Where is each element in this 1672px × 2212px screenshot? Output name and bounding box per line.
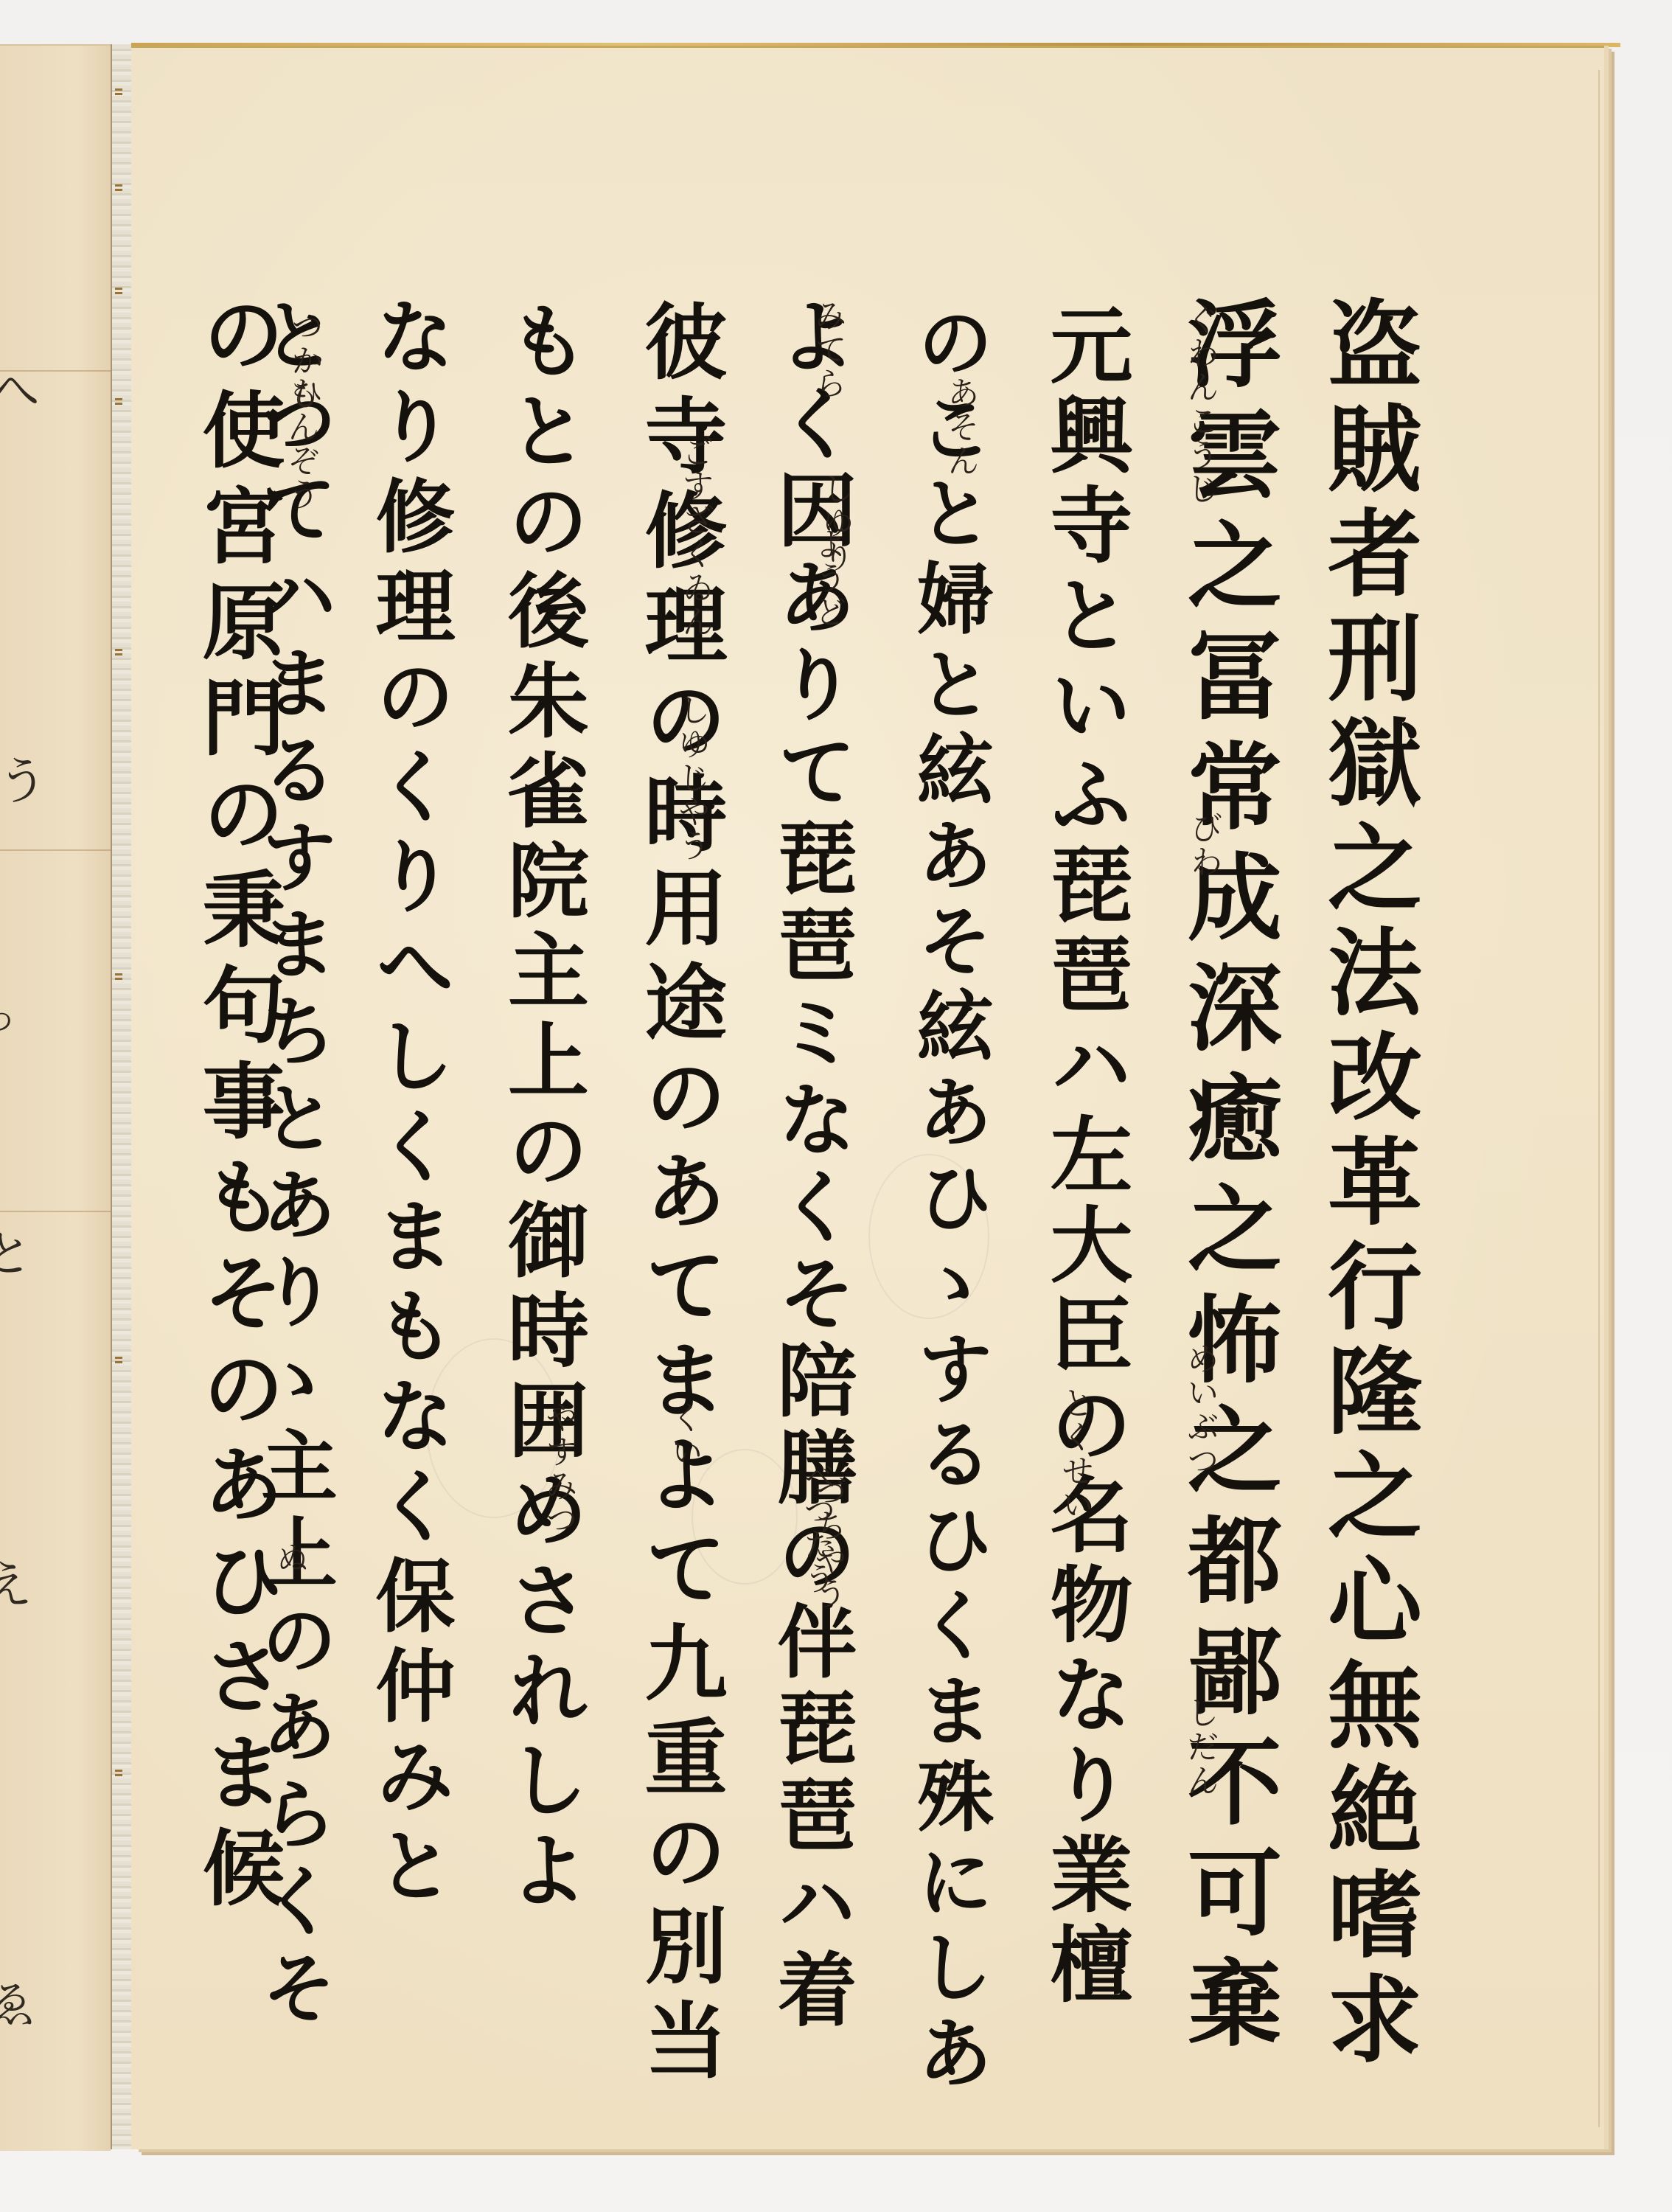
facing-left-page: へ う つ と え ゑ bbox=[0, 44, 111, 2151]
furigana: もんぞう bbox=[284, 376, 316, 512]
text-column-8: なり修理のくりへしくまもなく保仲みと bbox=[369, 295, 448, 1914]
text-column-7: もとの後朱雀院主上の御時囲めされしよ bbox=[501, 299, 582, 1918]
text-column-10: の使宮原門の秉句事もそのあひさま候 bbox=[195, 291, 278, 1921]
binding-stitch bbox=[115, 398, 122, 400]
furigana: みてら bbox=[811, 299, 843, 400]
facing-page-glyph: と bbox=[0, 1225, 29, 1277]
binding-spine bbox=[111, 44, 133, 2149]
facing-page-glyph: え bbox=[0, 1557, 29, 1609]
facing-page-glyph: う bbox=[0, 754, 44, 805]
binding-stitch bbox=[115, 184, 122, 187]
furigana: しだん bbox=[1183, 1696, 1216, 1798]
page-block-edge bbox=[1598, 70, 1600, 2127]
furigana: ぬ bbox=[273, 1541, 305, 1575]
binding-stitch bbox=[115, 1357, 122, 1359]
page-crease bbox=[0, 1211, 111, 1212]
binding-stitch bbox=[115, 973, 122, 975]
furigana: びわ bbox=[1187, 811, 1219, 879]
text-column-3: 元興寺といふ琵琶ハ左大臣の名物なり業檀 bbox=[1043, 302, 1126, 2011]
binding-stitch bbox=[115, 1770, 122, 1772]
furigana: べつたう bbox=[800, 1460, 832, 1596]
text-column-2: 浮雲之冨常成深癒之怖之都鄙不可棄 bbox=[1180, 295, 1274, 2065]
facing-page-glyph: つ bbox=[0, 1004, 10, 1037]
page-crease bbox=[0, 849, 111, 851]
binding-stitch bbox=[115, 88, 122, 91]
furigana: ぐわんこうじ bbox=[1183, 302, 1216, 506]
furigana: やすみつ bbox=[542, 1401, 574, 1537]
furigana: とくせい bbox=[1058, 1386, 1090, 1522]
furigana: あそん bbox=[944, 376, 976, 478]
text-column-1: 盗賊者刑獄之法改革行隆之心無絶嗜求 bbox=[1320, 295, 1414, 2075]
facing-page-glyph: ゑ bbox=[0, 1978, 33, 2029]
furigana: くい bbox=[667, 1401, 700, 1469]
furigana: めいぶつ bbox=[1183, 1342, 1216, 1478]
binding-stitch bbox=[115, 649, 122, 651]
text-column-4: のこと婦と絃あそ絃あひゝするひくま殊にしあ bbox=[910, 302, 987, 2098]
furigana: しゆじやう bbox=[675, 693, 707, 863]
binding-stitch bbox=[115, 288, 122, 290]
furigana: ようど bbox=[811, 527, 843, 629]
furigana: ごすざくゐん bbox=[678, 435, 711, 639]
facing-page-glyph: へ bbox=[0, 363, 37, 414]
